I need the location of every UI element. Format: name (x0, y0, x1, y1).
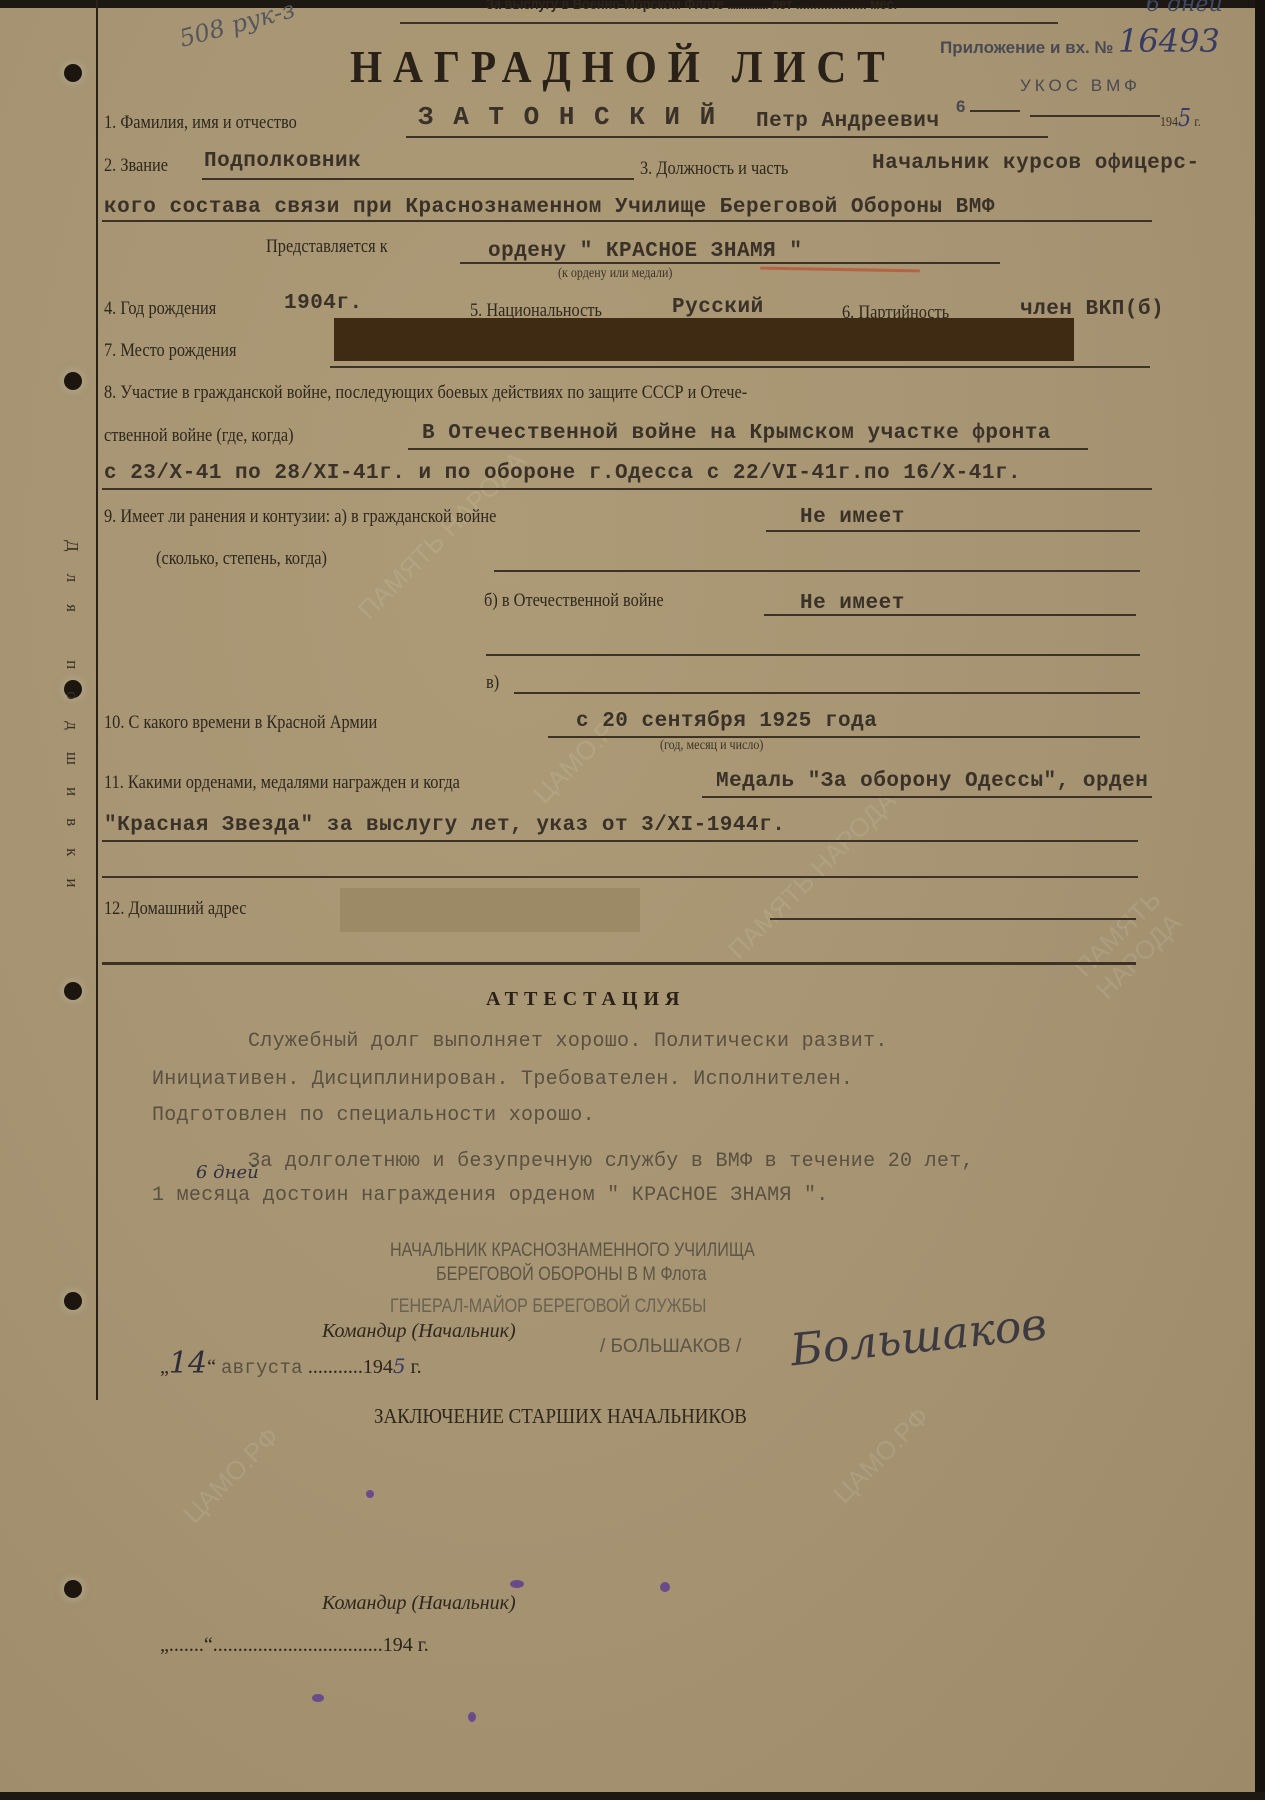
field-9-line-a (766, 530, 1140, 532)
signature-date: „14“ августа ...........1945 г. (160, 1346, 422, 1381)
service-line-text: За выслугу в Военно-Морском Флоте (486, 0, 724, 13)
punch-hole-icon (64, 64, 82, 82)
field-9-label: 9. Имеет ли ранения и контузии: а) в гра… (104, 506, 496, 528)
field-9-value-b: Не имеет (800, 592, 905, 615)
field-2-value: Подполковник (204, 150, 361, 173)
field-7-redaction (334, 318, 1074, 361)
signature-stamp-line3: ГЕНЕРАЛ-МАЙОР БЕРЕГОВОЙ СЛУЖБЫ (390, 1296, 706, 1318)
field-1-name: Петр Андреевич (756, 110, 939, 133)
signature-date-year-prefix: 194 (363, 1356, 393, 1378)
vertical-margin-text: Для подшивки (64, 540, 80, 909)
binding-margin-line (96, 0, 98, 1400)
field-8-value-line2: с 23/X-41 по 28/XI-41г. и по обороне г.О… (104, 462, 1021, 485)
senior-conclusion-heading: ЗАКЛЮЧЕНИЕ СТАРШИХ НАЧАЛЬНИКОВ (374, 1404, 747, 1429)
field-1-label: 1. Фамилия, имя и отчество (104, 112, 297, 134)
field-9-sub-label: (сколько, степень, когда) (156, 548, 327, 570)
field-8-value-line1: В Отечественной войне на Крымском участк… (422, 422, 1051, 445)
field-9-line-b (764, 614, 1136, 616)
field-11-value-line1: Медаль "За оборону Одессы", орден (716, 770, 1148, 793)
field-1-surname: З А Т О Н С К И Й (418, 102, 717, 132)
field-2-label: 2. Звание (104, 155, 168, 177)
nomination-hint: (к ордену или медали) (558, 266, 672, 282)
nomination-label: Представляется к (266, 236, 388, 258)
field-9-value-a: Не имеет (800, 506, 905, 529)
punch-hole-icon (64, 1292, 82, 1310)
years-label: лет (771, 0, 792, 13)
senior-date-year-prefix: 194 (383, 1634, 413, 1656)
field-10-value: с 20 сентября 1925 года (576, 710, 877, 733)
top-header-line: За выслугу в Военно-Морском Флоте ......… (486, 0, 897, 13)
field-10-label: 10. С какого времени в Красной Армии (104, 712, 377, 734)
field-12-line2 (102, 962, 1136, 965)
field-11-line2 (102, 840, 1138, 842)
registration-number: 16493 (1118, 22, 1220, 60)
field-9-line-blank (486, 654, 1140, 656)
field-11-label: 11. Какими орденами, медалями награжден … (104, 772, 460, 794)
nomination-line (460, 262, 1000, 264)
field-11-value-line2: "Красная Звезда" за выслугу лет, указ от… (104, 814, 785, 837)
field-8-line1 (408, 448, 1088, 450)
signatory-name: / БОЛЬШАКОВ / (600, 1336, 741, 1358)
field-1-line (406, 136, 1048, 138)
field-3-value-line1: Начальник курсов офицерс- (872, 152, 1200, 175)
stamp-year-handwritten: 5 (1178, 104, 1191, 132)
field-9-label-b: б) в Отечественной войне (484, 590, 664, 612)
commander-label: Командир (Начальник) (322, 1320, 516, 1343)
field-7-line (330, 366, 1150, 368)
attestation-conclusion-line1: За долголетнюю и безупречную службу в ВМ… (248, 1150, 974, 1173)
signature-date-year-handwritten: 5 (393, 1354, 406, 1378)
ink-speck (312, 1694, 324, 1702)
signature-stamp-line1: НАЧАЛЬНИК КРАСНОЗНАМЕННОГО УЧИЛИЩА (390, 1240, 755, 1262)
stamp-line2: УКОС ВМФ (1020, 76, 1141, 96)
field-2-line (202, 178, 634, 180)
field-8-line2 (102, 488, 1152, 490)
field-9-line-c (514, 692, 1140, 694)
attestation-handwritten-insert: 6 дней (196, 1162, 259, 1183)
attestation-heading: АТТЕСТАЦИЯ (486, 988, 686, 1011)
punch-hole-icon (64, 372, 82, 390)
ink-speck (510, 1580, 524, 1588)
months-label: мес. (870, 0, 897, 13)
scan-edge-bottom (0, 1792, 1265, 1800)
field-8-label-line1: 8. Участие в гражданской войне, последую… (104, 382, 747, 404)
field-11-line3 (102, 876, 1138, 878)
signature-stamp-line2: БЕРЕГОВОЙ ОБОРОНЫ В М Флота (436, 1264, 707, 1286)
field-9-line-sub (494, 570, 1140, 572)
signature-date-month: августа (221, 1357, 303, 1379)
field-10-hint: (год, месяц и число) (660, 738, 763, 754)
stamp-year: 1945 г. (1160, 104, 1201, 132)
field-3-line (102, 220, 1152, 222)
field-12-line (770, 918, 1136, 920)
stamp-date-line (1030, 115, 1160, 117)
stamp-year-suffix: г. (1194, 115, 1201, 130)
scan-edge-right (1255, 0, 1265, 1800)
field-12-label: 12. Домашний адрес (104, 898, 247, 920)
ink-speck (366, 1490, 374, 1498)
attestation-line-2: Инициативен. Дисциплинирован. Требовател… (152, 1068, 853, 1091)
page-title: НАГРАДНОЙ ЛИСТ (350, 40, 896, 93)
field-9-label-c: в) (486, 672, 499, 694)
ink-speck (468, 1712, 476, 1722)
stamp-date-line (970, 110, 1020, 112)
field-4-label: 4. Год рождения (104, 298, 216, 320)
field-12-redaction (340, 888, 640, 932)
field-3-label: 3. Должность и часть (640, 158, 788, 180)
stamp-day: 6 (956, 97, 965, 117)
nomination-value: ордену " КРАСНОЕ ЗНАМЯ " (488, 240, 802, 263)
field-5-value: Русский (672, 296, 764, 319)
punch-hole-icon (64, 1580, 82, 1598)
ink-speck (660, 1582, 670, 1592)
field-10-line (548, 736, 1140, 738)
registration-stamp: Приложение и вх. № (940, 38, 1113, 58)
attestation-conclusion-line2: 1 месяца достоин награждения орденом " К… (152, 1184, 829, 1207)
senior-date: „.......“...............................… (160, 1634, 429, 1657)
header-rule (400, 22, 1058, 24)
field-11-line1 (702, 796, 1152, 798)
punch-hole-icon (64, 982, 82, 1000)
top-right-annotation: 6 дней (1146, 0, 1223, 17)
stamp-year-prefix: 194 (1160, 115, 1178, 130)
stamp-line1: Приложение и вх. № (940, 38, 1113, 57)
signature-date-day: 14 (169, 1346, 207, 1381)
senior-date-suffix: г. (418, 1634, 429, 1656)
field-4-value: 1904г. (284, 292, 363, 315)
senior-commander-label: Командир (Начальник) (322, 1592, 516, 1615)
attestation-line-3: Подготовлен по специальности хорошо. (152, 1104, 595, 1127)
field-8-label-line2: ственной войне (где, когда) (104, 425, 294, 447)
attestation-line-1: Служебный долг выполняет хорошо. Политич… (248, 1030, 888, 1053)
field-7-label: 7. Место рождения (104, 340, 237, 362)
field-3-value-line2: кого состава связи при Краснознаменном У… (104, 196, 995, 219)
signature-date-suffix: г. (411, 1356, 422, 1378)
